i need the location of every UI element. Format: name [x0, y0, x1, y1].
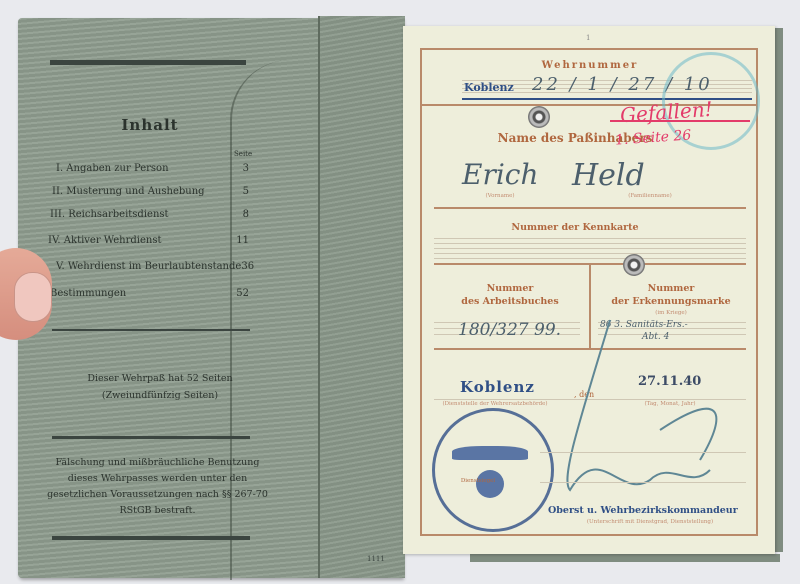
print-mark: 1111: [367, 555, 385, 563]
forgery-warning: Fälschung und mißbräuchliche Benutzung d…: [45, 455, 270, 519]
top-divider: [50, 60, 246, 65]
page-count-words: (Zweiundfünfzig Seiten): [40, 387, 280, 404]
first-name-caption: (Vorname): [470, 193, 530, 199]
signatory-title: Oberst u. Wehrbezirkskommandeur: [548, 505, 738, 516]
rule: [434, 253, 746, 254]
page-column-label: Seite: [234, 150, 252, 158]
erkennungsmarke-label: Nummer: [596, 283, 746, 294]
page-edge: [775, 28, 783, 552]
toc-item: V. Wehrdienst im Beurlaubtenstande36: [56, 261, 249, 272]
wehrnummer-place: Koblenz: [464, 81, 514, 94]
rule: [434, 207, 746, 209]
eagle-icon: [452, 446, 528, 460]
rule: [540, 482, 746, 483]
grommet: [528, 106, 550, 128]
wehrnummer-label: Wehrnummer: [480, 60, 700, 71]
red-underline: [610, 120, 750, 122]
page-count-text: Dieser Wehrpaß hat 52 Seiten: [40, 370, 280, 387]
toc-title: Inhalt: [110, 116, 190, 134]
thumbnail: [14, 272, 52, 322]
rule: [540, 452, 746, 453]
last-name: Held: [572, 158, 645, 193]
issue-place: Koblenz: [460, 378, 535, 396]
last-name-caption: (Familienname): [610, 193, 690, 199]
toc-item: II. Musterung und Aushebung5: [52, 186, 249, 197]
cover-bottom-edge: [470, 554, 780, 562]
divider: [52, 436, 250, 439]
divider: [52, 329, 250, 331]
bottom-divider: [52, 536, 250, 540]
toc-item: Bestimmungen52: [50, 288, 249, 299]
rule: [434, 248, 746, 249]
kennkarte-label: Nummer der Kennkarte: [490, 222, 660, 233]
page-number: 1: [586, 34, 590, 42]
rule: [434, 243, 746, 244]
place-caption: (Dienststelle der Wehrersatzbehörde): [440, 401, 550, 407]
toc-item: I. Angaben zur Person3: [56, 163, 249, 174]
toc-item: IV. Aktiver Wehrdienst11: [48, 235, 249, 246]
wreath-icon: [476, 470, 504, 498]
toc-item: III. Reichsarbeitsdienst8: [50, 209, 249, 220]
first-name: Erich: [462, 158, 539, 191]
rule: [434, 258, 746, 259]
rule: [434, 238, 746, 239]
arbeitsbuch-label: Nummer: [440, 283, 580, 294]
signatory-caption: (Unterschrift mit Dienstgrad, Dienststel…: [560, 519, 740, 525]
signature: [540, 300, 740, 510]
seal-caption: Dienstsiegel: [458, 478, 498, 484]
grommet: [623, 254, 645, 276]
